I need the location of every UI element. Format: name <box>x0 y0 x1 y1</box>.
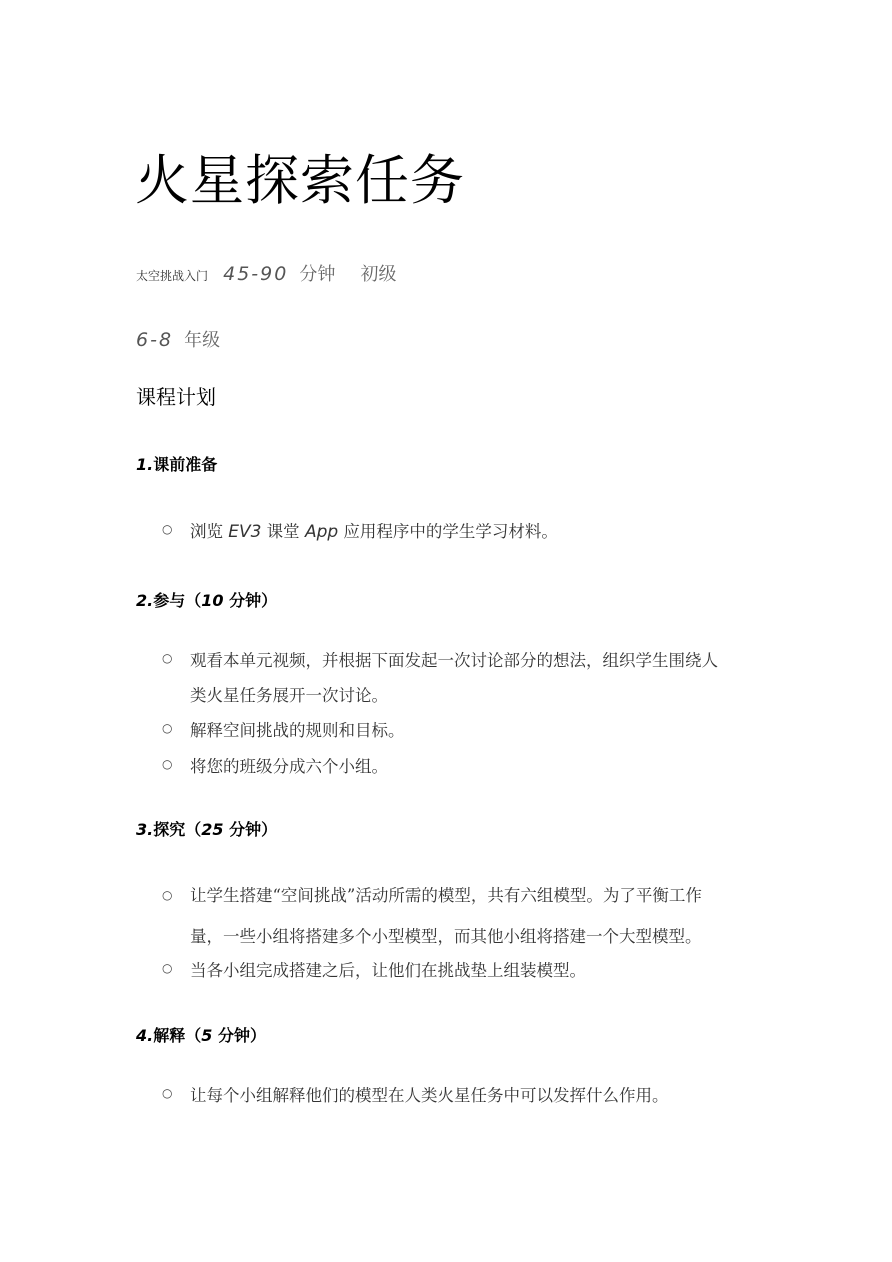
list-item-text: 解释空间挑战的规则和目标。 <box>190 713 762 748</box>
text-part: 应用程序中的学生学习材料。 <box>338 522 558 541</box>
step-minutes: 5 <box>201 1026 212 1045</box>
bullet-circle-icon: ○ <box>162 961 172 975</box>
text-part-ev3: EV3 <box>228 522 261 542</box>
grade-range: 6-8 <box>136 329 173 351</box>
step-minutes: 25 <box>201 820 223 839</box>
document-title: 火星探索任务 <box>135 146 465 216</box>
text-part: 课堂 <box>261 522 305 541</box>
list-item-text: 让学生搭建“空间挑战”活动所需的模型，共有六组模型。为了平衡工作 <box>190 878 762 913</box>
step-minutes: 10 <box>201 591 223 610</box>
bullet-circle-icon: ○ <box>162 757 172 771</box>
list-item-text-continued: 类火星任务展开一次讨论。 <box>190 678 762 713</box>
section-title: 课程计划 <box>136 381 216 410</box>
step-1-heading: 1.课前准备 <box>136 452 217 475</box>
step-label-tail: 分钟） <box>212 1026 266 1045</box>
bullet-circle-icon: ○ <box>162 651 172 665</box>
step-label-tail: 分钟） <box>224 591 278 610</box>
text-part-app: App <box>305 522 338 542</box>
step-4-heading: 4.解释（5 分钟） <box>136 1023 266 1046</box>
step-3-heading: 3.探究（25 分钟） <box>136 817 277 840</box>
lesson-meta: 太空挑战入门 45-90 分钟 初级 <box>136 260 397 290</box>
list-item-text: 让每个小组解释他们的模型在人类火星任务中可以发挥什么作用。 <box>190 1078 762 1113</box>
duration-unit: 分钟 <box>299 264 335 285</box>
grade-unit: 年级 <box>184 330 220 351</box>
step-2-heading: 2.参与（10 分钟） <box>136 588 277 611</box>
bullet-circle-icon: ○ <box>162 522 172 536</box>
step-label: 参与（ <box>153 591 201 610</box>
step-number: 1. <box>136 455 153 474</box>
bullet-circle-icon: ○ <box>162 1086 172 1100</box>
text-part: 浏览 <box>190 522 228 541</box>
bullet-circle-icon: ○ <box>162 721 172 735</box>
bullet-circle-icon: ○ <box>162 888 172 902</box>
list-item-text: 将您的班级分成六个小组。 <box>190 749 762 784</box>
grade-meta: 6-8 年级 <box>136 326 220 356</box>
list-item-text: 当各小组完成搭建之后，让他们在挑战垫上组装模型。 <box>190 953 762 988</box>
duration-range: 45-90 <box>223 263 288 285</box>
list-item-text-continued: 量，一些小组将搭建多个小型模型，而其他小组将搭建一个大型模型。 <box>190 919 762 954</box>
document-page: 火星探索任务 太空挑战入门 45-90 分钟 初级 6-8 年级 课程计划 1.… <box>0 0 892 1262</box>
step-label: 解释（ <box>153 1026 201 1045</box>
step-label: 探究（ <box>153 820 201 839</box>
list-item-text: 观看本单元视频，并根据下面发起一次讨论部分的想法，组织学生围绕人 <box>190 643 762 678</box>
list-item-text: 浏览 EV3 课堂 App 应用程序中的学生学习材料。 <box>190 514 762 550</box>
step-label-tail: 分钟） <box>224 820 278 839</box>
step-label: 课前准备 <box>153 455 217 474</box>
step-number: 2. <box>136 591 153 610</box>
category-label: 太空挑战入门 <box>136 269 208 283</box>
level-label: 初级 <box>361 264 397 285</box>
step-number: 3. <box>136 820 153 839</box>
step-number: 4. <box>136 1026 153 1045</box>
